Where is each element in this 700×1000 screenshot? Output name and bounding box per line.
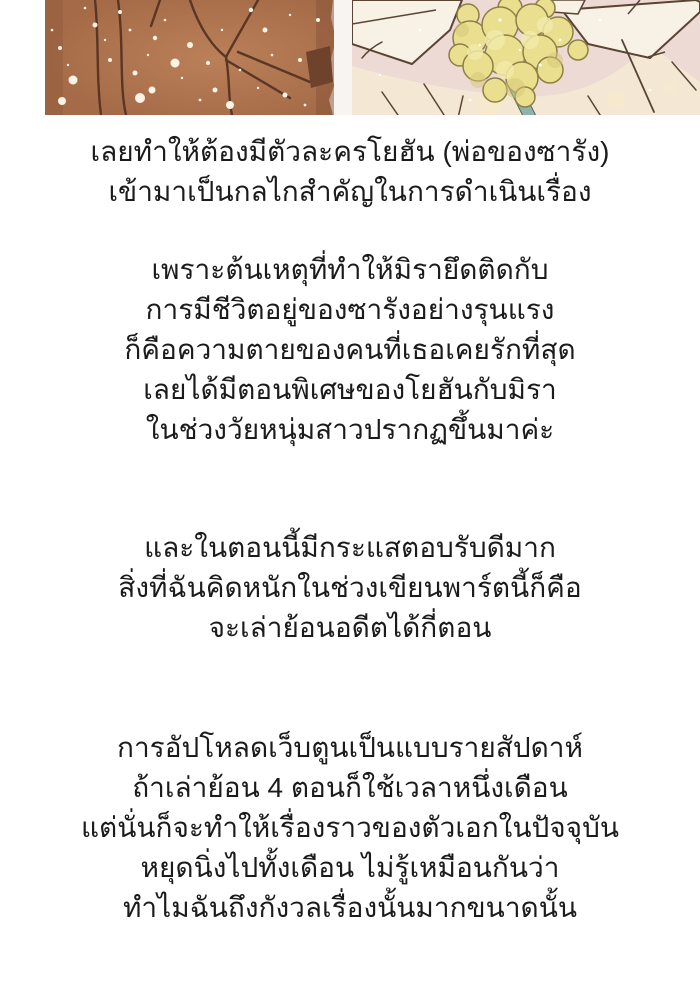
caption-paragraph-4: การอัปโหลดเว็บตูนเป็นแบบรายสัปดาห์ ถ้าเล…: [0, 728, 700, 928]
caption-line: และในตอนนี้มีกระแสตอบรับดีมาก: [0, 528, 700, 568]
bride-panel: [352, 0, 700, 115]
illustration-svg: [0, 0, 700, 115]
caption-line: จะเล่าย้อนอดีตได้กี่ตอน: [0, 608, 700, 648]
caption-paragraph-3: และในตอนนี้มีกระแสตอบรับดีมาก สิ่งที่ฉัน…: [0, 528, 700, 648]
caption-line: ก็คือความตายของคนที่เธอเคยรักที่สุด: [0, 330, 700, 370]
caption-line: เลยทำให้ต้องมีตัวละครโยฮัน (พ่อของซารัง): [0, 132, 700, 172]
caption-line: เลยได้มีตอนพิเศษของโยฮันกับมิรา: [0, 370, 700, 410]
caption-line: หยุดนิ่งไปทั้งเดือน ไม่รู้เหมือนกันว่า: [0, 848, 700, 888]
illustration: [0, 0, 700, 115]
webtoon-page: เลยทำให้ต้องมีตัวละครโยฮัน (พ่อของซารัง)…: [0, 0, 700, 1000]
caption-paragraph-2: เพราะต้นเหตุที่ทำให้มิรายึดติดกับ การมีช…: [0, 250, 700, 450]
caption-line: ในช่วงวัยหนุ่มสาวปรากฏขึ้นมาค่ะ: [0, 410, 700, 450]
caption-paragraph-1: เลยทำให้ต้องมีตัวละครโยฮัน (พ่อของซารัง)…: [0, 132, 700, 212]
caption-line: แต่นั่นก็จะทำให้เรื่องราวของตัวเอกในปัจจ…: [0, 808, 700, 848]
caption-line: การอัปโหลดเว็บตูนเป็นแบบรายสัปดาห์: [0, 728, 700, 768]
caption-line: ถ้าเล่าย้อน 4 ตอนก็ใช้เวลาหนึ่งเดือน: [0, 768, 700, 808]
panel-gap: [334, 0, 352, 115]
caption-line: การมีชีวิตอยู่ของซารังอย่างรุนแรง: [0, 290, 700, 330]
caption-line: ทำไมฉันถึงกังวลเรื่องนั้นมากขนาดนั้น: [0, 888, 700, 928]
caption-line: เพราะต้นเหตุที่ทำให้มิรายึดติดกับ: [0, 250, 700, 290]
caption-line: เข้ามาเป็นกลไกสำคัญในการดำเนินเรื่อง: [0, 172, 700, 212]
caption-line: สิ่งที่ฉันคิดหนักในช่วงเขียนพาร์ตนี้ก็คื…: [0, 568, 700, 608]
coat-panel: [45, 0, 336, 115]
